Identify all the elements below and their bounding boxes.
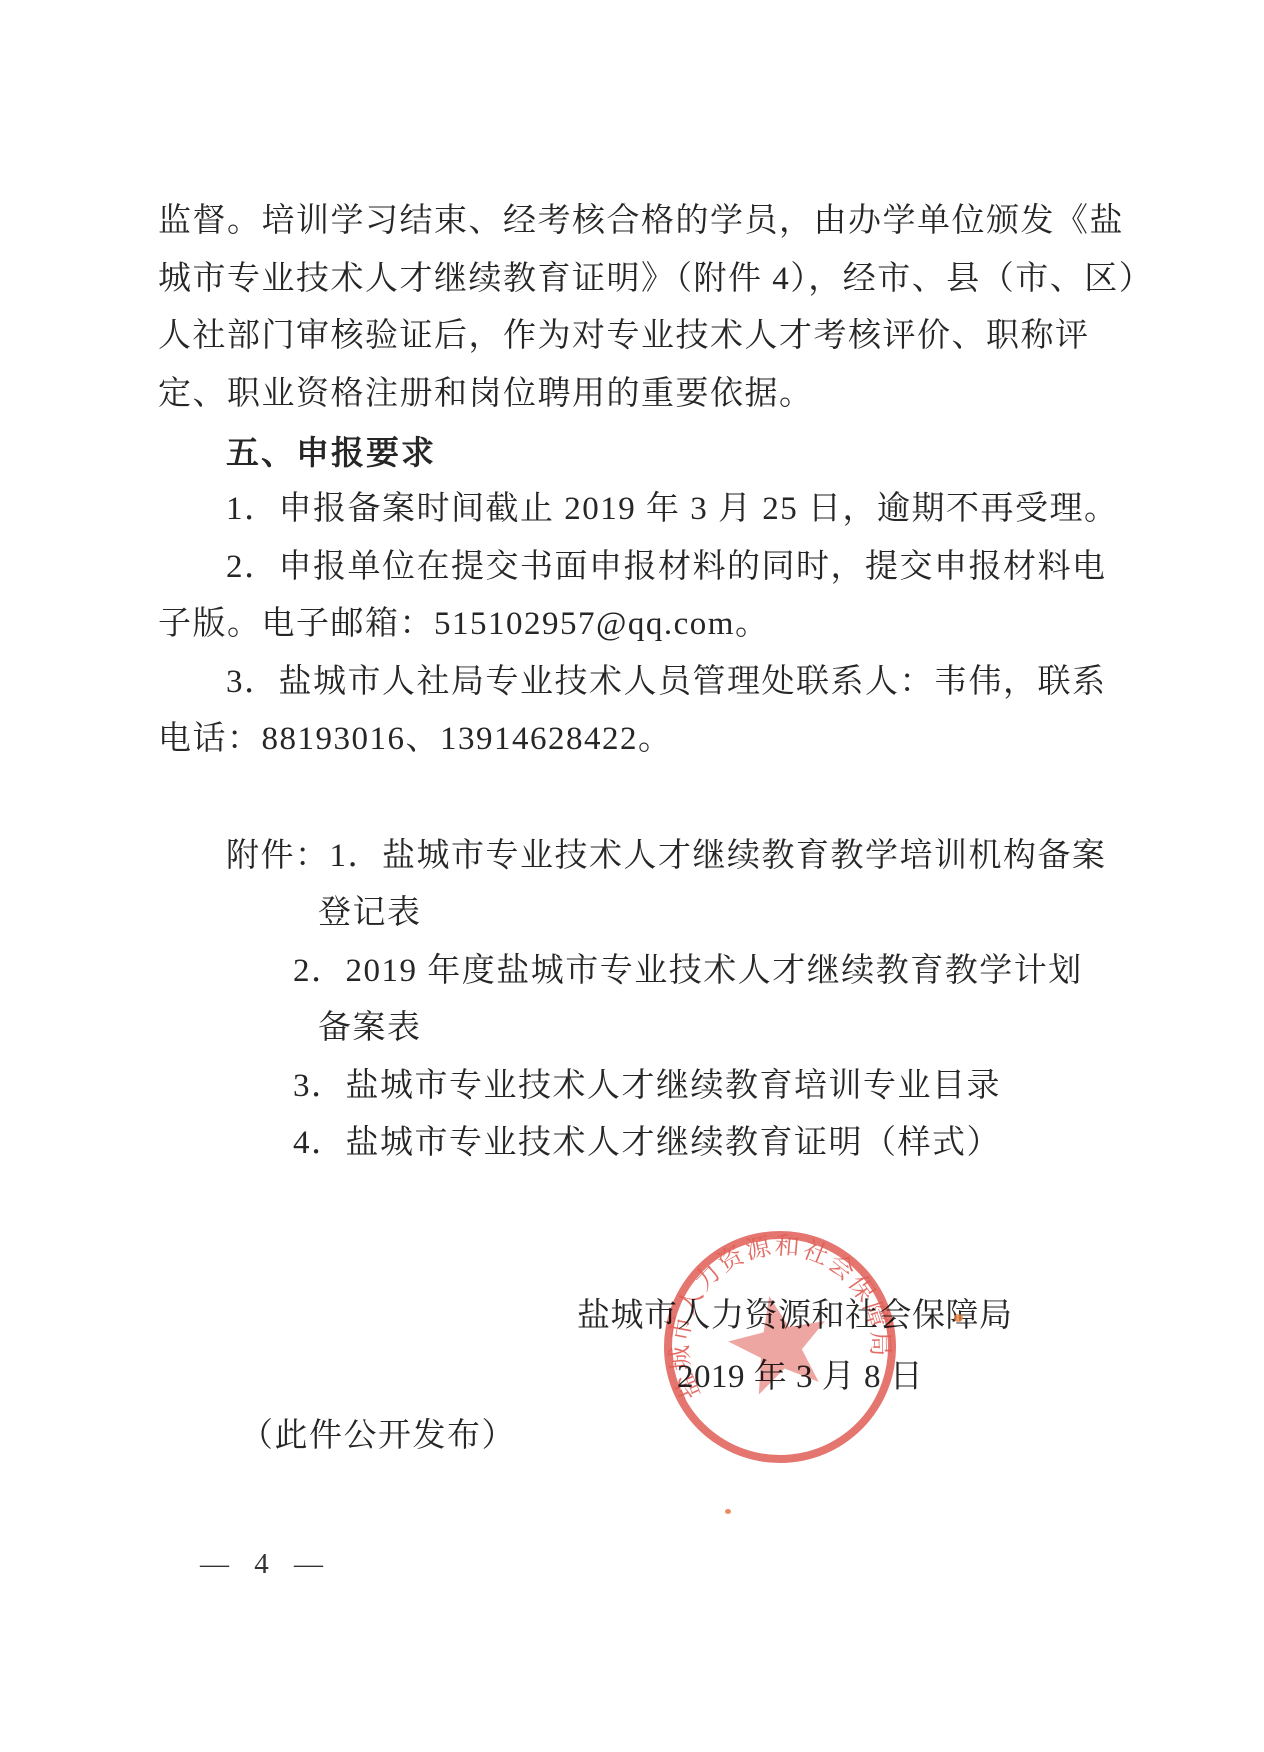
attachment-line: 2．2019 年度盐城市专业技术人才继续教育教学计划	[293, 955, 1083, 988]
requirement-line: 2．申报单位在提交书面申报材料的同时，提交申报材料电	[226, 551, 1107, 584]
attachment-line: 备案表	[318, 1012, 422, 1045]
document-page: 监督。培训学习结束、经考核合格的学员，由办学单位颁发《盐 城市专业技术人才继续教…	[0, 0, 1264, 1752]
attachment-line: 4．盐城市专业技术人才继续教育证明（样式）	[293, 1127, 1001, 1160]
requirement-line: 子版。电子邮箱：515102957@qq.com。	[158, 608, 769, 641]
attachment-line: 3．盐城市专业技术人才继续教育培训专业目录	[293, 1070, 1001, 1103]
scan-speck	[725, 1509, 731, 1514]
requirement-line: 电话：88193016、13914628422。	[158, 723, 673, 756]
requirement-line: 3．盐城市人社局专业技术人员管理处联系人：韦伟，联系	[226, 666, 1107, 699]
footer-note: （此件公开发布）	[240, 1420, 516, 1453]
paragraph-line: 定、职业资格注册和岗位聘用的重要依据。	[158, 378, 814, 411]
attachment-line: 登记表	[318, 897, 422, 930]
seal-star-icon	[721, 1286, 837, 1399]
paragraph-line: 监督。培训学习结束、经考核合格的学员，由办学单位颁发《盐	[158, 205, 1124, 238]
attachment-line: 附件：1．盐城市专业技术人才继续教育教学培训机构备案	[226, 840, 1107, 873]
paragraph-line: 城市专业技术人才继续教育证明》（附件 4），经市、县（市、区）	[158, 263, 1153, 296]
official-seal: 盐城市人力资源和社会保障局	[630, 1197, 930, 1497]
section-heading: 五、申报要求	[226, 436, 436, 469]
page-number: — 4 —	[200, 1550, 332, 1579]
paragraph-line: 人社部门审核验证后，作为对专业技术人才考核评价、职称评	[158, 320, 1090, 353]
scan-speck	[954, 1314, 963, 1322]
requirement-line: 1．申报备案时间截止 2019 年 3 月 25 日，逾期不再受理。	[226, 493, 1119, 526]
